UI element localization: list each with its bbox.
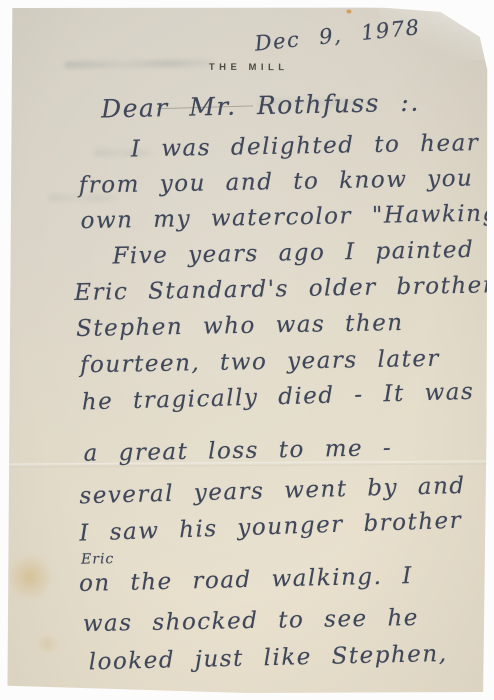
handwritten-line: Eric Standard's older brother [74,272,494,306]
corner-crease-line [398,0,486,11]
handwritten-line: was shocked to see he [83,605,420,637]
handwritten-line: a great loss to me - [83,435,392,467]
letterhead-the-mill: THE MILL [9,61,488,74]
handwritten-date: Dec 9, 1978 [253,15,421,56]
paper-stain [9,554,51,600]
handwritten-line: I saw his younger brother [79,508,463,547]
handwritten-line: from you and to know you [79,166,474,199]
salutation: Dear Mr. Rothfuss :. [101,88,420,124]
handwritten-line: fourteen, two years later [80,346,440,379]
handwritten-line: Stephen who was then [76,310,404,342]
letter-paper-sheet: Dec 9, 1978 THE MILL Dear Mr. Rothfuss :… [7,6,489,694]
handwritten-line: he tragically died - It was [82,379,475,416]
handwritten-line: own my watercolor "Hawking" [80,200,494,234]
handwritten-line: on the road walking. I [79,563,413,597]
handwritten-line: several years went by and [79,473,466,509]
handwritten-line: I was delighted to hear [131,130,480,162]
paper-speck [346,9,351,13]
handwritten-line: Five years ago I painted [112,237,474,270]
handwritten-insertion-eric: Eric [81,551,115,568]
handwritten-line: looked just like Stephen, [88,641,447,675]
letter-photograph: Dec 9, 1978 THE MILL Dear Mr. Rothfuss :… [0,0,494,700]
paper-stain-small [35,636,61,652]
